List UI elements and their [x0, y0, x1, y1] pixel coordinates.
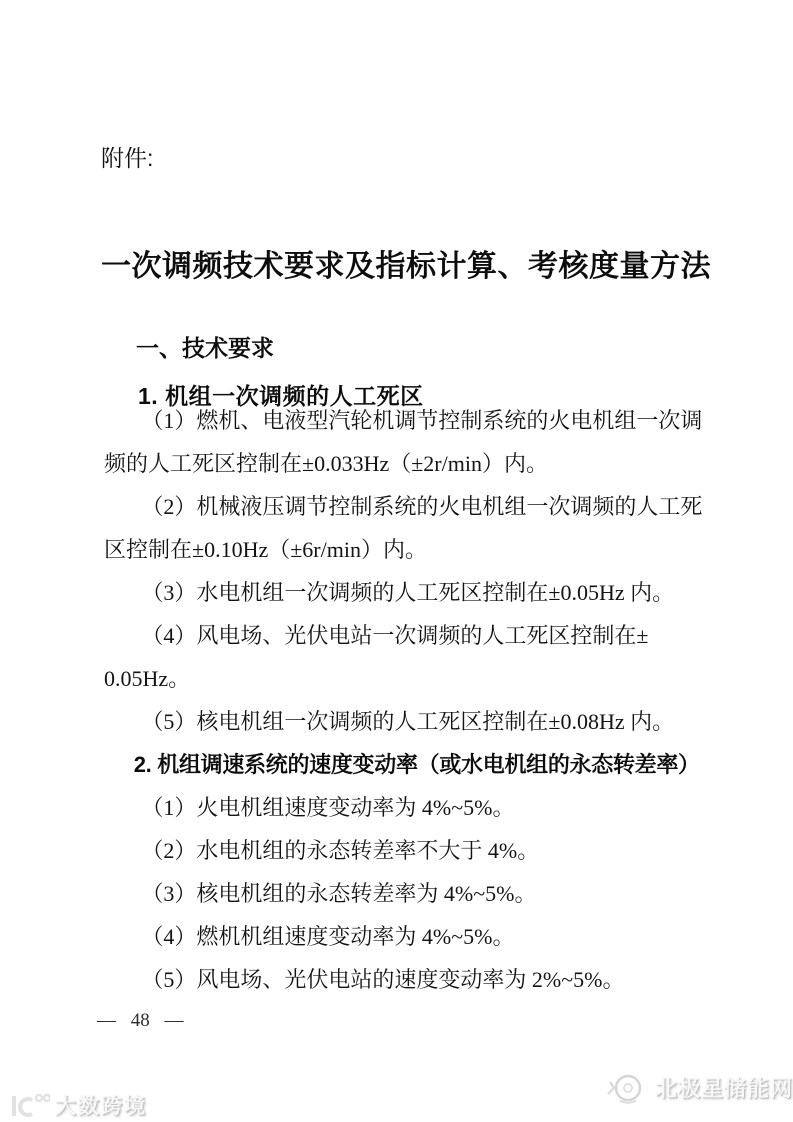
watermark-bottom-left: 大数跨境	[10, 1090, 147, 1120]
polestar-logo-icon	[604, 1068, 648, 1106]
clause-droop-4: （4）燃机机组速度变动率为 4%~5%。	[104, 915, 752, 958]
dashu-kuajing-logo-icon	[10, 1090, 50, 1120]
clause-deadband-1: （1）燃机、电液型汽轮机调节控制系统的火电机组一次调 频的人工死区控制在±0.0…	[104, 399, 752, 485]
watermark-right-text: 北极星储能网	[655, 1072, 793, 1103]
subsection-2-heading-speed-droop: 2. 机组调速系统的速度变动率（或水电机组的永态转差率）	[104, 743, 752, 786]
body-text: （1）燃机、电液型汽轮机调节控制系统的火电机组一次调 频的人工死区控制在±0.0…	[104, 399, 752, 1001]
clause-droop-3: （3）核电机组的永态转差率为 4%~5%。	[104, 872, 752, 915]
section-heading-technical-requirements: 一、技术要求	[136, 330, 274, 363]
page-number: — 48 —	[97, 1010, 184, 1032]
clause-deadband-4: （4）风电场、光伏电站一次调频的人工死区控制在± 0.05Hz。	[104, 614, 752, 700]
attachment-label: 附件:	[101, 140, 153, 173]
clause-droop-5: （5）风电场、光伏电站的速度变动率为 2%~5%。	[104, 958, 752, 1001]
watermark-left-text: 大数跨境	[55, 1090, 147, 1120]
clause-deadband-3: （3）水电机组一次调频的人工死区控制在±0.05Hz 内。	[104, 571, 752, 614]
document-title: 一次调频技术要求及指标计算、考核度量方法	[96, 241, 716, 285]
document-page: 附件: 一次调频技术要求及指标计算、考核度量方法 一、技术要求 1. 机组一次调…	[0, 0, 793, 1122]
clause-deadband-5: （5）核电机组一次调频的人工死区控制在±0.08Hz 内。	[104, 700, 752, 743]
clause-deadband-2: （2）机械液压调节控制系统的火电机组一次调频的人工死 区控制在±0.10Hz（±…	[104, 485, 752, 571]
clause-droop-1: （1）火电机组速度变动率为 4%~5%。	[104, 786, 752, 829]
clause-droop-2: （2）水电机组的永态转差率不大于 4%。	[104, 829, 752, 872]
watermark-bottom-right: 北极星储能网	[604, 1068, 793, 1106]
